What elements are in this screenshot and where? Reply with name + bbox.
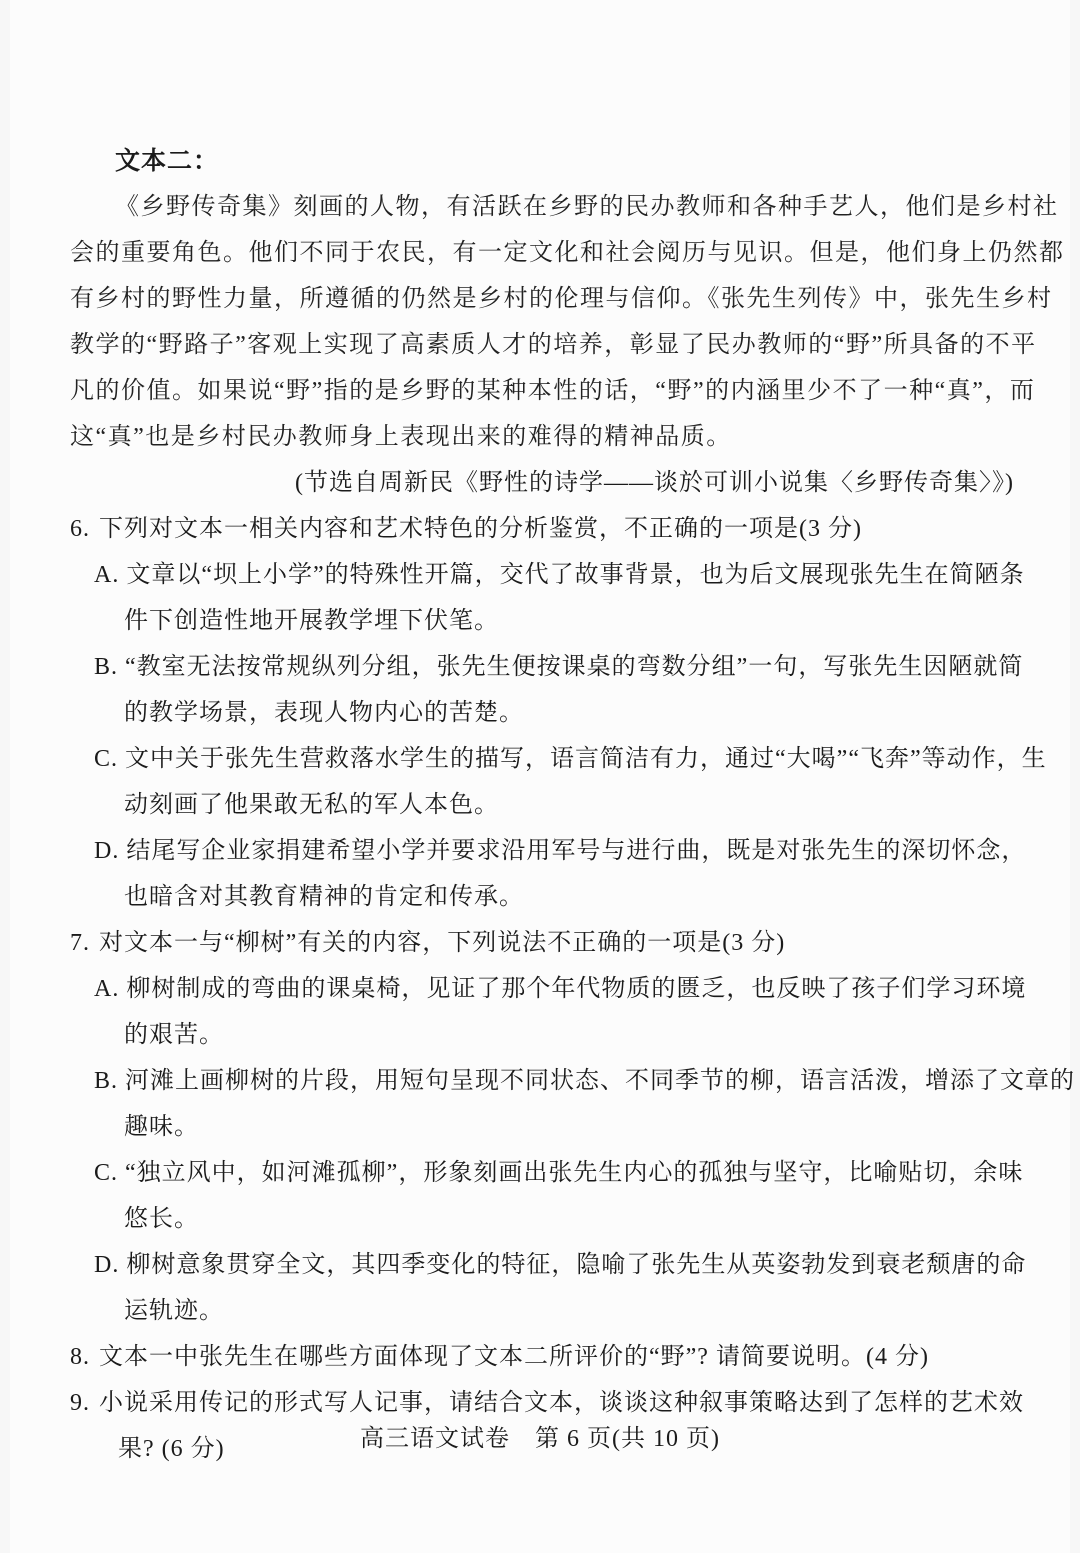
question-6-option-a-cont: 件下创造性地开展教学埋下伏笔。 (70, 598, 1018, 644)
option-label: D. (94, 838, 119, 864)
question-7-option-c: C.“独立风中，如河滩孤柳”，形象刻画出张先生内心的孤独与坚守，比喻贴切，余味 (70, 1150, 1018, 1196)
option-text: “独立风中，如河滩孤柳”，形象刻画出张先生内心的孤独与坚守，比喻贴切，余味 (125, 1160, 1023, 1186)
passage-line: 有乡村的野性力量，所遵循的仍然是乡村的伦理与信仰。《张先生列传》中，张先生乡村 (70, 276, 1018, 322)
question-7-option-c-cont: 悠长。 (70, 1196, 1018, 1242)
option-text: 柳树制成的弯曲的课桌椅，见证了那个年代物质的匮乏，也反映了孩子们学习环境 (126, 976, 1026, 1002)
question-7-option-d: D.柳树意象贯穿全文，其四季变化的特征，隐喻了张先生从英姿勃发到衰老颓唐的命 (70, 1242, 1018, 1288)
question-text: 小说采用传记的形式写人记事，请结合文本，谈谈这种叙事策略达到了怎样的艺术效 (99, 1390, 1024, 1416)
question-6-option-c: C.文中关于张先生营救落水学生的描写，语言简洁有力，通过“大喝”“飞奔”等动作，… (70, 736, 1018, 782)
option-text: 文章以“坝上小学”的特殊性开篇，交代了故事背景，也为后文展现张先生在简陋条 (126, 562, 1024, 588)
option-label: B. (94, 1068, 118, 1094)
question-7-option-a-cont: 的艰苦。 (70, 1012, 1018, 1058)
question-text: 文本一中张先生在哪些方面体现了文本二所评价的“野”? 请简要说明。(4 分) (99, 1344, 929, 1370)
question-7-stem: 7.对文本一与“柳树”有关的内容，下列说法不正确的一项是(3 分) (70, 920, 1018, 966)
question-8-stem: 8.文本一中张先生在哪些方面体现了文本二所评价的“野”? 请简要说明。(4 分) (70, 1334, 1018, 1380)
option-text: “教室无法按常规纵列分组，张先生便按课桌的弯数分组”一句，写张先生因陋就简 (125, 654, 1023, 680)
question-6-option-d: D.结尾写企业家捐建希望小学并要求沿用军号与进行曲，既是对张先生的深切怀念， (70, 828, 1018, 874)
option-label: A. (94, 976, 119, 1002)
passage-line: 会的重要角色。他们不同于农民，有一定文化和社会阅历与见识。但是，他们身上仍然都 (70, 230, 1018, 276)
option-text: 结尾写企业家捐建希望小学并要求沿用军号与进行曲，既是对张先生的深切怀念， (126, 838, 1026, 864)
option-text: 柳树意象贯穿全文，其四季变化的特征，隐喻了张先生从英姿勃发到衰老颓唐的命 (126, 1252, 1026, 1278)
question-text: 对文本一与“柳树”有关的内容，下列说法不正确的一项是(3 分) (99, 930, 785, 956)
question-number: 7. (70, 930, 90, 956)
question-number: 6. (70, 516, 90, 542)
option-label: C. (94, 1160, 118, 1186)
question-7-option-b: B.河滩上画柳树的片段，用短句呈现不同状态、不同季节的柳，语言活泼，增添了文章的 (70, 1058, 1018, 1104)
exam-page: 文本二： 《乡野传奇集》刻画的人物，有活跃在乡野的民办教师和各种手艺人，他们是乡… (0, 0, 1080, 1553)
passage-line: 这“真”也是乡村民办教师身上表现出来的难得的精神品质。 (70, 414, 1018, 460)
question-6-option-d-cont: 也暗含对其教育精神的肯定和传承。 (70, 874, 1018, 920)
page-footer: 高三语文试卷 第 6 页(共 10 页) (0, 1416, 1080, 1462)
question-7-option-a: A.柳树制成的弯曲的课桌椅，见证了那个年代物质的匮乏，也反映了孩子们学习环境 (70, 966, 1018, 1012)
option-label: B. (94, 654, 118, 680)
question-7-option-b-cont: 趣味。 (70, 1104, 1018, 1150)
question-text: 下列对文本一相关内容和艺术特色的分析鉴赏，不正确的一项是(3 分) (99, 516, 862, 542)
question-7-option-d-cont: 运轨迹。 (70, 1288, 1018, 1334)
question-6-option-c-cont: 动刻画了他果敢无私的军人本色。 (70, 782, 1018, 828)
option-label: A. (94, 562, 119, 588)
passage-citation: (节选自周新民《野性的诗学——谈於可训小说集〈乡野传奇集〉》) (70, 460, 1018, 506)
question-number: 9. (70, 1390, 90, 1416)
scan-edge-left (0, 0, 10, 1553)
passage-line: 教学的“野路子”客观上实现了高素质人才的培养，彰显了民办教师的“野”所具备的不平 (70, 322, 1018, 368)
passage-line: 《乡野传奇集》刻画的人物，有活跃在乡野的民办教师和各种手艺人，他们是乡村社 (70, 184, 1018, 230)
option-text: 文中关于张先生营救落水学生的描写，语言简洁有力，通过“大喝”“飞奔”等动作，生 (125, 746, 1047, 772)
page-content: 文本二： 《乡野传奇集》刻画的人物，有活跃在乡野的民办教师和各种手艺人，他们是乡… (70, 138, 1018, 1472)
question-6-option-b: B.“教室无法按常规纵列分组，张先生便按课桌的弯数分组”一句，写张先生因陋就简 (70, 644, 1018, 690)
scan-edge-right (1070, 0, 1080, 1553)
section-heading: 文本二： (70, 138, 1018, 184)
question-6-option-a: A.文章以“坝上小学”的特殊性开篇，交代了故事背景，也为后文展现张先生在简陋条 (70, 552, 1018, 598)
option-label: D. (94, 1252, 119, 1278)
option-text: 河滩上画柳树的片段，用短句呈现不同状态、不同季节的柳，语言活泼，增添了文章的 (125, 1068, 1075, 1094)
question-6-stem: 6.下列对文本一相关内容和艺术特色的分析鉴赏，不正确的一项是(3 分) (70, 506, 1018, 552)
question-number: 8. (70, 1344, 90, 1370)
passage-line: 凡的价值。如果说“野”指的是乡野的某种本性的话，“野”的内涵里少不了一种“真”，… (70, 368, 1018, 414)
question-6-option-b-cont: 的教学场景，表现人物内心的苦楚。 (70, 690, 1018, 736)
option-label: C. (94, 746, 118, 772)
